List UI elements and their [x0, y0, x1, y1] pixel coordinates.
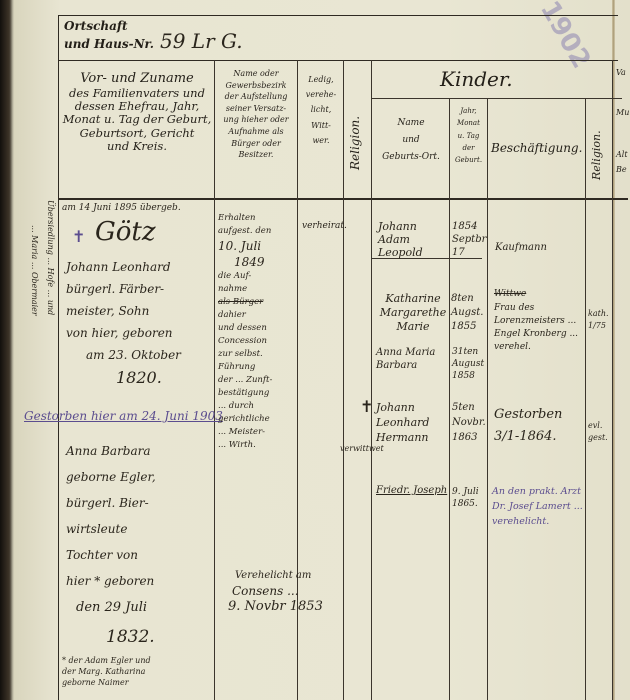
rule-col-right [612, 60, 613, 700]
rule-header-bottom [58, 60, 618, 61]
column-header-child-name: Name und Geburts-Ort. [373, 115, 449, 166]
margin-note-line1: Übersiedlung ... Hofe ... und [45, 200, 54, 315]
column-header-marital: Ledig, verehe- licht, Witt- wer. [299, 72, 343, 148]
right-partial-header-3: Alt [616, 150, 628, 159]
mother-footnote: * der Adam Egler und der Marg. Katharina… [62, 655, 151, 688]
column-header-family: Vor- und Zuname des Familienvaters und d… [62, 72, 212, 153]
marriage-date: 9. Novbr 1853 [228, 600, 323, 614]
rule-left [58, 15, 59, 700]
child-name: Anna Maria Barbara [376, 346, 448, 372]
child-birth: 31ten August 1858 [452, 346, 488, 382]
column-header-trade: Name oder Gewerbsbezirk der Aufstellung … [216, 68, 296, 161]
death-note: Gestorben hier am 24. Juni 1903 [24, 410, 223, 423]
rule-top [58, 15, 618, 16]
deceased-cross-icon: ✝ [360, 398, 373, 416]
child-name: Johann Leonhard Hermann [376, 400, 448, 445]
rule-col-child-rel [585, 98, 586, 700]
column-header-religion: Religion. [349, 116, 363, 170]
deceased-cross-icon: ✝ [72, 228, 85, 246]
child-occupation: Frau des Lorenzmeisters ... Engel Kronbe… [494, 302, 586, 354]
rule-col-child-occ [487, 98, 488, 700]
column-header-child-religion: Religion. [591, 130, 604, 180]
child-birth: 5ten Novbr. 1863 [452, 400, 488, 445]
column-header-child-birth: Jahr, Monat u. Tag der Geburt. [450, 105, 487, 166]
rule-col-trade [214, 60, 215, 700]
child-occupation: Kaufmann [495, 242, 547, 253]
trade-entry: Erhalten aufgest. den 10. Juli 1849 die … [218, 212, 298, 452]
document-page: 1902 Ortschaft und Haus-Nr. 59 Lr G. Vor… [0, 0, 630, 700]
house-number-value: 59 Lr G. [160, 30, 243, 52]
faded-stamp: 1902 [525, 0, 600, 85]
house-number-label: und Haus-Nr. [64, 38, 154, 52]
rule-col-children [371, 60, 372, 700]
rule-col-religion [343, 60, 344, 700]
child-name: Friedr. Joseph [376, 484, 448, 498]
marital-status-1: verheirat. [302, 222, 347, 232]
child-occupation-struck: Wittwe [494, 290, 526, 300]
child-birth: 1854 Septbr 17 [452, 220, 488, 259]
mother-entry: Anna Barbara geborne Egler, bürgerl. Bie… [66, 438, 156, 652]
child-birth: 8ten Augst. 1855 [451, 292, 487, 334]
transfer-note: am 14 Juni 1895 übergeb. [62, 204, 181, 214]
child-occupation: An den prakt. Arzt Dr. Josef Lamert ... … [492, 484, 587, 529]
child-name: Johann Adam Leopold [378, 220, 448, 259]
consent-note: Consens ... [232, 585, 299, 598]
margin-note-line2: ... Maria ... Obermaier [29, 225, 38, 316]
book-binding-edge [0, 0, 12, 700]
right-partial-header-2: Mu [616, 108, 629, 117]
child-birth: 9. Juli 1865. [452, 486, 488, 510]
right-partial-header-4: Be [616, 165, 627, 174]
father-entry: Johann Leonhard bürgerl. Färber- meister… [66, 256, 181, 390]
marriage-note: Verehelicht am [235, 570, 311, 581]
family-surname: Götz [95, 218, 156, 247]
child-religion: evl. gest. [588, 420, 612, 444]
place-label: Ortschaft [64, 20, 128, 34]
right-partial-header-1: Va [616, 68, 626, 77]
child-occupation: Gestorben 3/1-1864. [494, 404, 584, 448]
child-religion: kath. 1/75 [588, 308, 612, 332]
child-name: Katharine Margarethe Marie [376, 292, 450, 334]
rule-col-child-birth [449, 98, 450, 700]
marital-status-2: verwittwet [340, 445, 384, 454]
column-header-children: Kinder. [440, 68, 513, 91]
column-header-child-occupation: Beschäftigung. [491, 142, 582, 156]
